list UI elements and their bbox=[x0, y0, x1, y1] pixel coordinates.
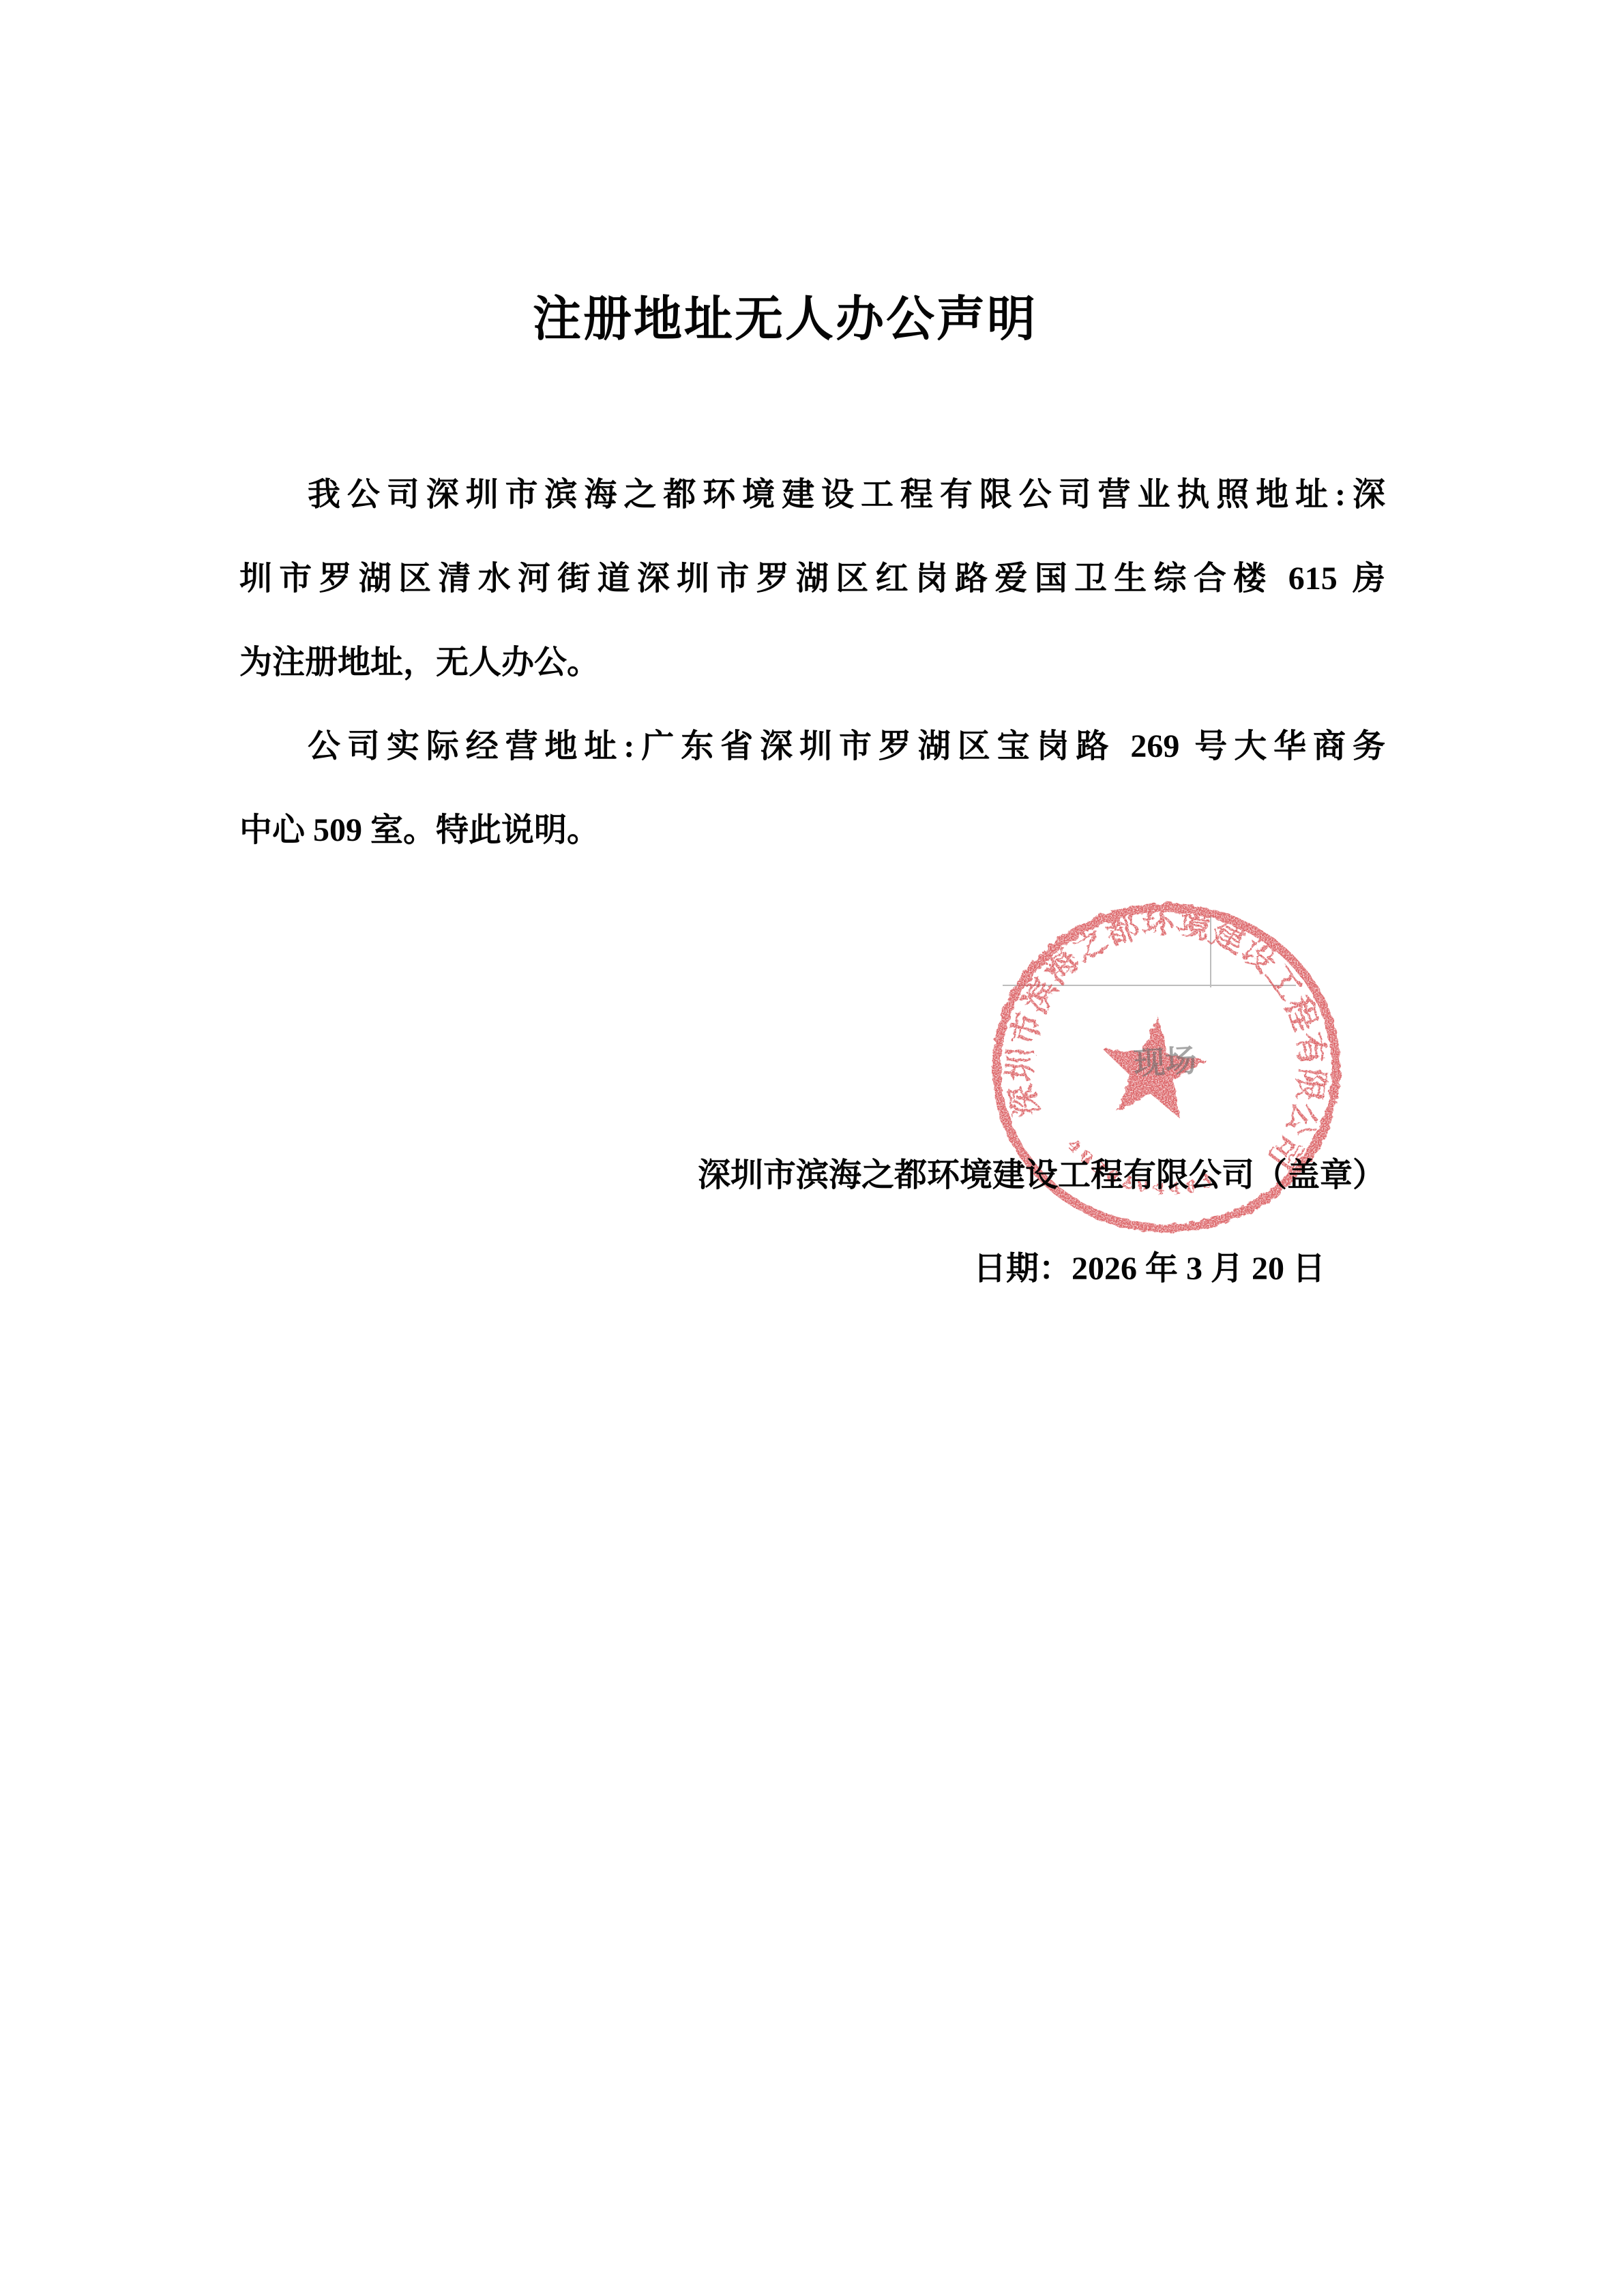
document-title: 注册地址无人办公声明 bbox=[212, 282, 1358, 357]
document-page: 注册地址无人办公声明 我公司深圳市滨海之都环境建设工程有限公司营业执照地址:深 … bbox=[0, 0, 1624, 2296]
body-line-5: 中心 509 室。特此说明。 bbox=[239, 788, 1385, 872]
body-line-1: 我公司深圳市滨海之都环境建设工程有限公司营业执照地址:深 bbox=[239, 453, 1385, 537]
date-line: 日期：2026 年 3 月 20 日 bbox=[239, 1227, 1325, 1311]
body-line-3: 为注册地址，无人办公。 bbox=[239, 621, 1385, 704]
seal-center-pencil-marks: 现场 bbox=[1133, 1043, 1198, 1082]
company-signature-line: 深圳市滨海之都环境建设工程有限公司（盖章） bbox=[239, 1133, 1385, 1217]
body-text: 我公司深圳市滨海之都环境建设工程有限公司营业执照地址:深 圳市罗湖区清水河街道深… bbox=[239, 453, 1385, 872]
signature-block: 深圳市滨海之都环境建设工程有限公司（盖章） 日期：2026 年 3 月 20 日 bbox=[239, 1133, 1385, 1311]
body-line-4: 公司实际经营地址:广东省深圳市罗湖区宝岗路 269 号大华商务 bbox=[239, 704, 1385, 788]
body-line-2: 圳市罗湖区清水河街道深圳市罗湖区红岗路爱国卫生综合楼 615 房 bbox=[239, 537, 1385, 621]
